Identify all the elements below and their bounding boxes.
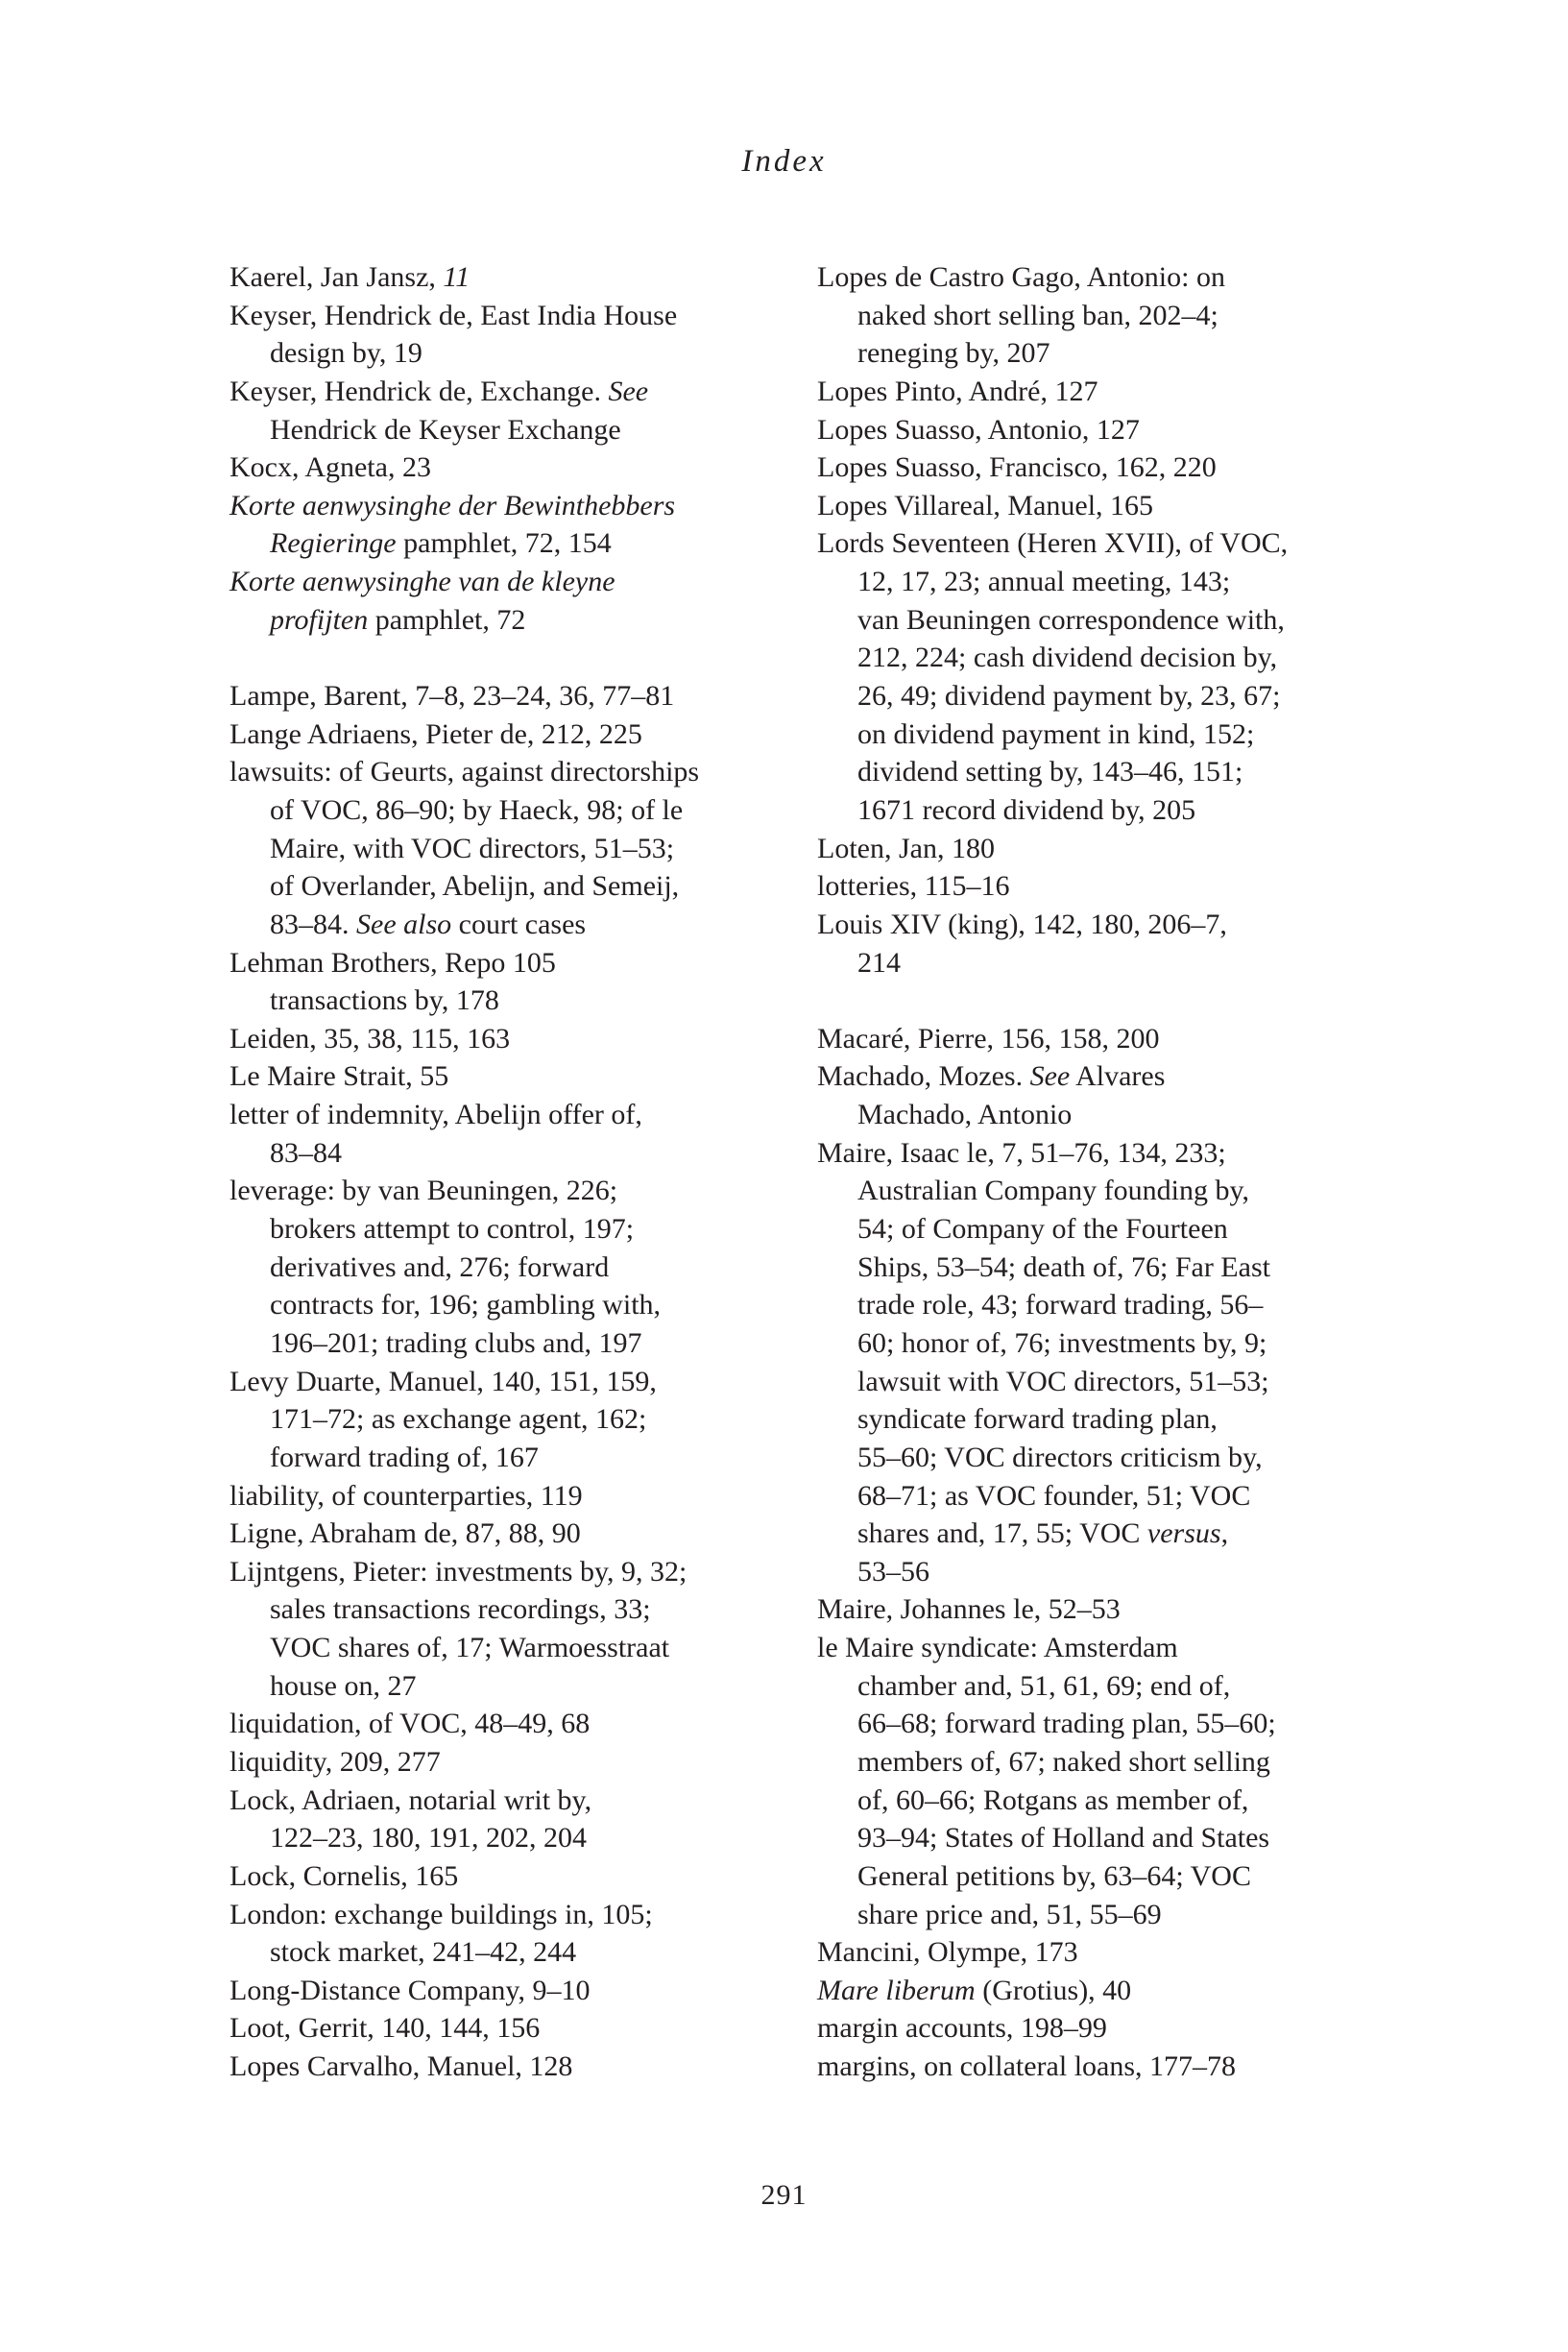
index-entry-continuation: sales transactions recordings, 33; — [229, 1590, 786, 1629]
index-entry-continuation: chamber and, 51, 61, 69; end of, — [817, 1667, 1374, 1706]
index-entry-continuation: 53–56 — [817, 1553, 1374, 1591]
entry-text: forward trading of, 167 — [270, 1442, 539, 1473]
entry-text: shares and, 17, 55; VOC — [857, 1517, 1147, 1549]
entry-text: Mancini, Olympe, 173 — [817, 1936, 1078, 1968]
entry-text: stock market, 241–42, 244 — [270, 1936, 576, 1968]
entry-text: Lopes de Castro Gago, Antonio: on — [817, 261, 1225, 293]
index-entry: liquidity, 209, 277 — [229, 1743, 786, 1782]
entry-text: 66–68; forward trading plan, 55–60; — [857, 1708, 1276, 1739]
entry-text: Lijntgens, Pieter: investments by, 9, 32… — [229, 1556, 687, 1588]
italic-text: See — [1030, 1060, 1071, 1092]
index-entry: Lopes Pinto, André, 127 — [817, 373, 1374, 411]
entry-text: Lopes Carvalho, Manuel, 128 — [229, 2050, 572, 2082]
index-entry-continuation: 83–84 — [229, 1134, 786, 1173]
entry-text: syndicate forward trading plan, — [857, 1403, 1218, 1435]
index-entry: liquidation, of VOC, 48–49, 68 — [229, 1705, 786, 1743]
index-entry-continuation: 214 — [817, 944, 1374, 982]
index-entry-continuation: Maire, with VOC directors, 51–53; — [229, 830, 786, 868]
entry-text: Machado, Mozes. — [817, 1060, 1030, 1092]
page-title: Index — [0, 142, 1568, 181]
italic-text: Regieringe — [270, 527, 397, 559]
entry-text: 53–56 — [857, 1556, 929, 1588]
index-entry-continuation: of VOC, 86–90; by Haeck, 98; of le — [229, 791, 786, 830]
entry-text: 26, 49; dividend payment by, 23, 67; — [857, 680, 1281, 712]
entry-text: lawsuit with VOC directors, 51–53; — [857, 1366, 1269, 1397]
index-entry: London: exchange buildings in, 105; — [229, 1896, 786, 1934]
index-entry-continuation: of Overlander, Abelijn, and Semeij, — [229, 867, 786, 906]
index-entry-continuation: of, 60–66; Rotgans as member of, — [817, 1782, 1374, 1820]
entry-text: house on, 27 — [270, 1670, 417, 1702]
entry-text: 54; of Company of the Fourteen — [857, 1213, 1228, 1245]
index-entry-continuation: design by, 19 — [229, 334, 786, 373]
entry-text: trade role, 43; forward trading, 56– — [857, 1289, 1263, 1321]
entry-text: Lopes Pinto, André, 127 — [817, 376, 1098, 407]
index-entry-continuation: stock market, 241–42, 244 — [229, 1933, 786, 1972]
entry-text: Keyser, Hendrick de, East India House — [229, 300, 677, 331]
index-entry-continuation: dividend setting by, 143–46, 151; — [817, 753, 1374, 791]
entry-text: share price and, 51, 55–69 — [857, 1899, 1162, 1930]
entry-text: lotteries, 115–16 — [817, 870, 1010, 902]
index-entry-continuation: General petitions by, 63–64; VOC — [817, 1857, 1374, 1896]
index-entry: Keyser, Hendrick de, Exchange. See — [229, 373, 786, 411]
index-entry-continuation: share price and, 51, 55–69 — [817, 1896, 1374, 1934]
index-entry: lotteries, 115–16 — [817, 867, 1374, 906]
entry-text: Loten, Jan, 180 — [817, 833, 995, 864]
entry-text: Loot, Gerrit, 140, 144, 156 — [229, 2012, 540, 2044]
index-entry-continuation: 171–72; as exchange agent, 162; — [229, 1400, 786, 1439]
entry-text: le Maire syndicate: Amsterdam — [817, 1632, 1178, 1663]
entry-text: on dividend payment in kind, 152; — [857, 718, 1254, 750]
entry-text: Long-Distance Company, 9–10 — [229, 1975, 590, 2006]
index-entry-continuation: 26, 49; dividend payment by, 23, 67; — [817, 677, 1374, 715]
index-entry-continuation: Australian Company founding by, — [817, 1172, 1374, 1210]
index-entry: Lock, Adriaen, notarial writ by, — [229, 1782, 786, 1820]
entry-text: Maire, Isaac le, 7, 51–76, 134, 233; — [817, 1137, 1226, 1169]
entry-text: VOC shares of, 17; Warmoesstraat — [270, 1632, 669, 1663]
italic-text: versus — [1147, 1517, 1221, 1549]
entry-text: 60; honor of, 76; investments by, 9; — [857, 1327, 1266, 1359]
index-entry-continuation: Machado, Antonio — [817, 1096, 1374, 1134]
entry-text: 68–71; as VOC founder, 51; VOC — [857, 1480, 1250, 1512]
index-entry: Mancini, Olympe, 173 — [817, 1933, 1374, 1972]
index-entry-continuation: 93–94; States of Holland and States — [817, 1819, 1374, 1857]
entry-text: 212, 224; cash dividend decision by, — [857, 642, 1277, 673]
index-entry: leverage: by van Beuningen, 226; — [229, 1172, 786, 1210]
index-entry: Le Maire Strait, 55 — [229, 1057, 786, 1096]
index-entry-continuation: van Beuningen correspondence with, — [817, 601, 1374, 640]
entry-text: 12, 17, 23; annual meeting, 143; — [857, 566, 1230, 597]
index-entry: Lehman Brothers, Repo 105 — [229, 944, 786, 982]
index-entry-continuation: brokers attempt to control, 197; — [229, 1210, 786, 1249]
index-entry: Levy Duarte, Manuel, 140, 151, 159, — [229, 1363, 786, 1401]
index-entry: Korte aenwysinghe van de kleyne — [229, 563, 786, 601]
index-entry-continuation: 83–84. See also court cases — [229, 906, 786, 944]
index-entry-continuation: VOC shares of, 17; Warmoesstraat — [229, 1629, 786, 1667]
index-entry-continuation: 55–60; VOC directors criticism by, — [817, 1439, 1374, 1477]
entry-text: of, 60–66; Rotgans as member of, — [857, 1784, 1248, 1816]
entry-text: 122–23, 180, 191, 202, 204 — [270, 1822, 587, 1854]
entry-text: sales transactions recordings, 33; — [270, 1593, 651, 1625]
index-entry: letter of indemnity, Abelijn offer of, — [229, 1096, 786, 1134]
entry-text: 55–60; VOC directors criticism by, — [857, 1442, 1263, 1473]
entry-text: leverage: by van Beuningen, 226; — [229, 1175, 617, 1206]
entry-text: , — [1221, 1517, 1229, 1549]
index-entry-continuation: syndicate forward trading plan, — [817, 1400, 1374, 1439]
entry-text: Macaré, Pierre, 156, 158, 200 — [817, 1023, 1160, 1055]
index-entry-continuation: 12, 17, 23; annual meeting, 143; — [817, 563, 1374, 601]
entry-text: Maire, with VOC directors, 51–53; — [270, 833, 674, 864]
entry-text: dividend setting by, 143–46, 151; — [857, 756, 1242, 788]
index-entry: Keyser, Hendrick de, East India House — [229, 297, 786, 335]
entry-text: Australian Company founding by, — [857, 1175, 1249, 1206]
entry-text: of VOC, 86–90; by Haeck, 98; of le — [270, 794, 683, 826]
entry-text: 83–84. — [270, 909, 356, 940]
entry-text: margin accounts, 198–99 — [817, 2012, 1107, 2044]
index-entry-continuation: contracts for, 196; gambling with, — [229, 1286, 786, 1324]
italic-text: See also — [356, 909, 451, 940]
index-entry: liability, of counterparties, 119 — [229, 1477, 786, 1515]
entry-text: brokers attempt to control, 197; — [270, 1213, 634, 1245]
entry-text: naked short selling ban, 202–4; — [857, 300, 1218, 331]
entry-text: of Overlander, Abelijn, and Semeij, — [270, 870, 679, 902]
index-entry-continuation: 196–201; trading clubs and, 197 — [229, 1324, 786, 1363]
entry-text: contracts for, 196; gambling with, — [270, 1289, 661, 1321]
index-entry-continuation: 122–23, 180, 191, 202, 204 — [229, 1819, 786, 1857]
entry-text: Kocx, Agneta, 23 — [229, 451, 431, 483]
entry-text: van Beuningen correspondence with, — [857, 604, 1285, 636]
index-entry: Lock, Cornelis, 165 — [229, 1857, 786, 1896]
entry-text: Ships, 53–54; death of, 76; Far East — [857, 1251, 1270, 1283]
entry-text: Machado, Antonio — [857, 1099, 1072, 1130]
index-entry-continuation: 1671 record dividend by, 205 — [817, 791, 1374, 830]
index-entry: Lijntgens, Pieter: investments by, 9, 32… — [229, 1553, 786, 1591]
entry-text: 1671 record dividend by, 205 — [857, 794, 1195, 826]
entry-text: Lange Adriaens, Pieter de, 212, 225 — [229, 718, 642, 750]
italic-text: Korte aenwysinghe der Bewinthebbers — [229, 490, 675, 521]
entry-text: 93–94; States of Holland and States — [857, 1822, 1269, 1854]
index-entry-continuation: naked short selling ban, 202–4; — [817, 297, 1374, 335]
italic-text: See — [608, 376, 648, 407]
index-entry-continuation: Regieringe pamphlet, 72, 154 — [229, 524, 786, 563]
italic-text: Mare liberum — [817, 1975, 976, 2006]
entry-text: pamphlet, 72, 154 — [397, 527, 612, 559]
index-entry: Louis XIV (king), 142, 180, 206–7, — [817, 906, 1374, 944]
entry-text: letter of indemnity, Abelijn offer of, — [229, 1099, 642, 1130]
entry-text: (Grotius), 40 — [976, 1975, 1131, 2006]
entry-text: Levy Duarte, Manuel, 140, 151, 159, — [229, 1366, 657, 1397]
index-entry: Lopes Suasso, Francisco, 162, 220 — [817, 449, 1374, 487]
entry-text: Keyser, Hendrick de, Exchange. — [229, 376, 608, 407]
index-entry: Leiden, 35, 38, 115, 163 — [229, 1020, 786, 1058]
entry-text: court cases — [451, 909, 586, 940]
index-entry: Kocx, Agneta, 23 — [229, 449, 786, 487]
index-entry-continuation: 60; honor of, 76; investments by, 9; — [817, 1324, 1374, 1363]
entry-text: Kaerel, Jan Jansz, — [229, 261, 443, 293]
section-gap — [817, 982, 1374, 1020]
index-entry-continuation: on dividend payment in kind, 152; — [817, 715, 1374, 754]
entry-text: Lehman Brothers, Repo 105 — [229, 947, 556, 979]
index-entry-continuation: trade role, 43; forward trading, 56– — [817, 1286, 1374, 1324]
index-entry-continuation: profijten pamphlet, 72 — [229, 601, 786, 640]
entry-text: transactions by, 178 — [270, 984, 499, 1016]
entry-text: margins, on collateral loans, 177–78 — [817, 2050, 1236, 2082]
index-entry: lawsuits: of Geurts, against directorshi… — [229, 753, 786, 791]
index-entry-continuation: members of, 67; naked short selling — [817, 1743, 1374, 1782]
italic-text: Korte aenwysinghe van de kleyne — [229, 566, 615, 597]
entry-text: Lopes Suasso, Francisco, 162, 220 — [817, 451, 1217, 483]
entry-text: General petitions by, 63–64; VOC — [857, 1860, 1251, 1892]
index-entry: Loot, Gerrit, 140, 144, 156 — [229, 2009, 786, 2048]
entry-text: pamphlet, 72 — [368, 604, 525, 636]
section-gap — [229, 639, 786, 677]
index-entry-continuation: reneging by, 207 — [817, 334, 1374, 373]
index-entry: Macaré, Pierre, 156, 158, 200 — [817, 1020, 1374, 1058]
entry-text: liquidity, 209, 277 — [229, 1746, 441, 1778]
entry-text: Lopes Villareal, Manuel, 165 — [817, 490, 1153, 521]
index-entry-continuation: transactions by, 178 — [229, 982, 786, 1020]
page-number: 291 — [0, 2178, 1568, 2213]
index-entry: Maire, Isaac le, 7, 51–76, 134, 233; — [817, 1134, 1374, 1173]
entry-text: Hendrick de Keyser Exchange — [270, 414, 621, 446]
index-column-left: Kaerel, Jan Jansz, 11Keyser, Hendrick de… — [229, 258, 786, 2086]
index-entry: Long-Distance Company, 9–10 — [229, 1972, 786, 2010]
entry-text: Louis XIV (king), 142, 180, 206–7, — [817, 909, 1227, 940]
entry-text: Le Maire Strait, 55 — [229, 1060, 448, 1092]
index-entry-continuation: Hendrick de Keyser Exchange — [229, 411, 786, 449]
index-entry: Lampe, Barent, 7–8, 23–24, 36, 77–81 — [229, 677, 786, 715]
entry-text: 83–84 — [270, 1137, 342, 1169]
index-entry: margins, on collateral loans, 177–78 — [817, 2048, 1374, 2086]
index-entry: Maire, Johannes le, 52–53 — [817, 1590, 1374, 1629]
entry-text: design by, 19 — [270, 337, 422, 369]
index-entry-continuation: shares and, 17, 55; VOC versus, — [817, 1515, 1374, 1553]
index-entry: Mare liberum (Grotius), 40 — [817, 1972, 1374, 2010]
entry-text: Maire, Johannes le, 52–53 — [817, 1593, 1121, 1625]
entry-text: Leiden, 35, 38, 115, 163 — [229, 1023, 510, 1055]
index-entry: Lopes de Castro Gago, Antonio: on — [817, 258, 1374, 297]
entry-text: Ligne, Abraham de, 87, 88, 90 — [229, 1517, 581, 1549]
index-entry: Machado, Mozes. See Alvares — [817, 1057, 1374, 1096]
index-entry: Lopes Carvalho, Manuel, 128 — [229, 2048, 786, 2086]
index-entry: Loten, Jan, 180 — [817, 830, 1374, 868]
entry-text: London: exchange buildings in, 105; — [229, 1899, 653, 1930]
entry-text: Lampe, Barent, 7–8, 23–24, 36, 77–81 — [229, 680, 674, 712]
entry-text: liability, of counterparties, 119 — [229, 1480, 583, 1512]
entry-text: Lock, Cornelis, 165 — [229, 1860, 458, 1892]
entry-text: reneging by, 207 — [857, 337, 1050, 369]
italic-text: profijten — [270, 604, 368, 636]
entry-text: 196–201; trading clubs and, 197 — [270, 1327, 641, 1359]
index-entry: margin accounts, 198–99 — [817, 2009, 1374, 2048]
index-entry-continuation: derivatives and, 276; forward — [229, 1249, 786, 1287]
entry-text: lawsuits: of Geurts, against directorshi… — [229, 756, 699, 788]
entry-text: chamber and, 51, 61, 69; end of, — [857, 1670, 1230, 1702]
index-entry: Kaerel, Jan Jansz, 11 — [229, 258, 786, 297]
index-entry-continuation: 54; of Company of the Fourteen — [817, 1210, 1374, 1249]
entry-text: Lords Seventeen (Heren XVII), of VOC, — [817, 527, 1288, 559]
entry-text: members of, 67; naked short selling — [857, 1746, 1270, 1778]
entry-text: Alvares — [1070, 1060, 1165, 1092]
entry-text: 214 — [857, 947, 901, 979]
index-entry-continuation: 68–71; as VOC founder, 51; VOC — [817, 1477, 1374, 1515]
index-entry-continuation: 66–68; forward trading plan, 55–60; — [817, 1705, 1374, 1743]
index-entry-continuation: 212, 224; cash dividend decision by, — [817, 639, 1374, 677]
index-entry-continuation: house on, 27 — [229, 1667, 786, 1706]
index-entry-continuation: forward trading of, 167 — [229, 1439, 786, 1477]
entry-text: liquidation, of VOC, 48–49, 68 — [229, 1708, 590, 1739]
entry-text: Lopes Suasso, Antonio, 127 — [817, 414, 1140, 446]
entry-text: Lock, Adriaen, notarial writ by, — [229, 1784, 591, 1816]
index-entry: Korte aenwysinghe der Bewinthebbers — [229, 487, 786, 525]
index-entry: Lopes Villareal, Manuel, 165 — [817, 487, 1374, 525]
index-entry: Lange Adriaens, Pieter de, 212, 225 — [229, 715, 786, 754]
entry-text: derivatives and, 276; forward — [270, 1251, 609, 1283]
index-entry: Lopes Suasso, Antonio, 127 — [817, 411, 1374, 449]
index-entry: le Maire syndicate: Amsterdam — [817, 1629, 1374, 1667]
index-entry-continuation: lawsuit with VOC directors, 51–53; — [817, 1363, 1374, 1401]
index-column-right: Lopes de Castro Gago, Antonio: onnaked s… — [817, 258, 1374, 2086]
index-entry-continuation: Ships, 53–54; death of, 76; Far East — [817, 1249, 1374, 1287]
index-entry: Lords Seventeen (Heren XVII), of VOC, — [817, 524, 1374, 563]
italic-text: 11 — [443, 261, 470, 293]
entry-text: 171–72; as exchange agent, 162; — [270, 1403, 646, 1435]
index-entry: Ligne, Abraham de, 87, 88, 90 — [229, 1515, 786, 1553]
